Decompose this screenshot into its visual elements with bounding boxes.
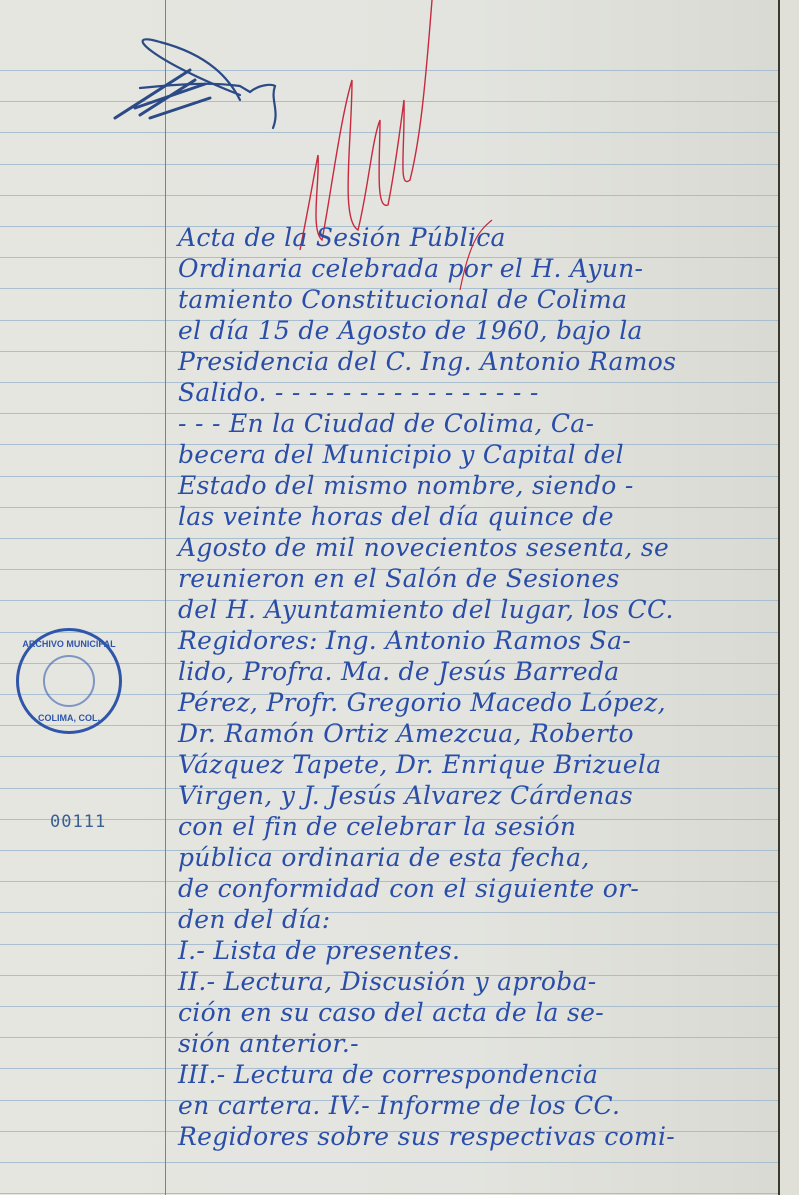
text-line: Pérez, Profr. Gregorio Macedo López,	[178, 687, 778, 718]
text-line: ción en su caso del acta de la se-	[178, 997, 778, 1028]
text-line: lido, Profra. Ma. de Jesús Barreda	[178, 656, 778, 687]
folio-number: 00111	[50, 812, 106, 832]
page-edge	[778, 0, 799, 1195]
archive-stamp: ARCHIVO MUNICIPAL COLIMA, COL.	[16, 628, 122, 734]
text-line: Agosto de mil novecientos sesenta, se	[178, 532, 778, 563]
text-line: I.- Lista de presentes.	[178, 935, 778, 966]
text-line: con el fin de celebrar la sesión	[178, 811, 778, 842]
text-line: Virgen, y J. Jesús Alvarez Cárdenas	[178, 780, 778, 811]
text-line: Dr. Ramón Ortiz Amezcua, Roberto	[178, 718, 778, 749]
stamp-seal-icon	[43, 655, 95, 707]
text-line: Salido. - - - - - - - - - - - - - - - -	[178, 377, 778, 408]
handwritten-text: Acta de la Sesión PúblicaOrdinaria celeb…	[178, 222, 778, 1152]
text-line: en cartera. IV.- Informe de los CC.	[178, 1090, 778, 1121]
text-line: II.- Lectura, Discusión y aproba-	[178, 966, 778, 997]
text-line: - - - En la Ciudad de Colima, Ca-	[178, 408, 778, 439]
text-line: Presidencia del C. Ing. Antonio Ramos	[178, 346, 778, 377]
text-line: III.- Lectura de correspondencia	[178, 1059, 778, 1090]
text-line: den del día:	[178, 904, 778, 935]
text-line: Regidores sobre sus respectivas comi-	[178, 1121, 778, 1152]
text-line: el día 15 de Agosto de 1960, bajo la	[178, 315, 778, 346]
stamp-bottom-text: COLIMA, COL.	[19, 713, 119, 723]
text-line: tamiento Constitucional de Colima	[178, 284, 778, 315]
stamp-top-text: ARCHIVO MUNICIPAL	[19, 639, 119, 649]
text-line: reunieron en el Salón de Sesiones	[178, 563, 778, 594]
text-line: Vázquez Tapete, Dr. Enrique Brizuela	[178, 749, 778, 780]
text-line: Regidores: Ing. Antonio Ramos Sa-	[178, 625, 778, 656]
text-line: de conformidad con el siguiente or-	[178, 873, 778, 904]
text-line: pública ordinaria de esta fecha,	[178, 842, 778, 873]
text-line: Acta de la Sesión Pública	[178, 222, 778, 253]
text-line: las veinte horas del día quince de	[178, 501, 778, 532]
ledger-page: ARCHIVO MUNICIPAL COLIMA, COL. 00111 Act…	[0, 0, 778, 1195]
text-line: sión anterior.-	[178, 1028, 778, 1059]
text-line: Estado del mismo nombre, siendo -	[178, 470, 778, 501]
text-line: Ordinaria celebrada por el H. Ayun-	[178, 253, 778, 284]
text-line: del H. Ayuntamiento del lugar, los CC.	[178, 594, 778, 625]
text-line: becera del Municipio y Capital del	[178, 439, 778, 470]
